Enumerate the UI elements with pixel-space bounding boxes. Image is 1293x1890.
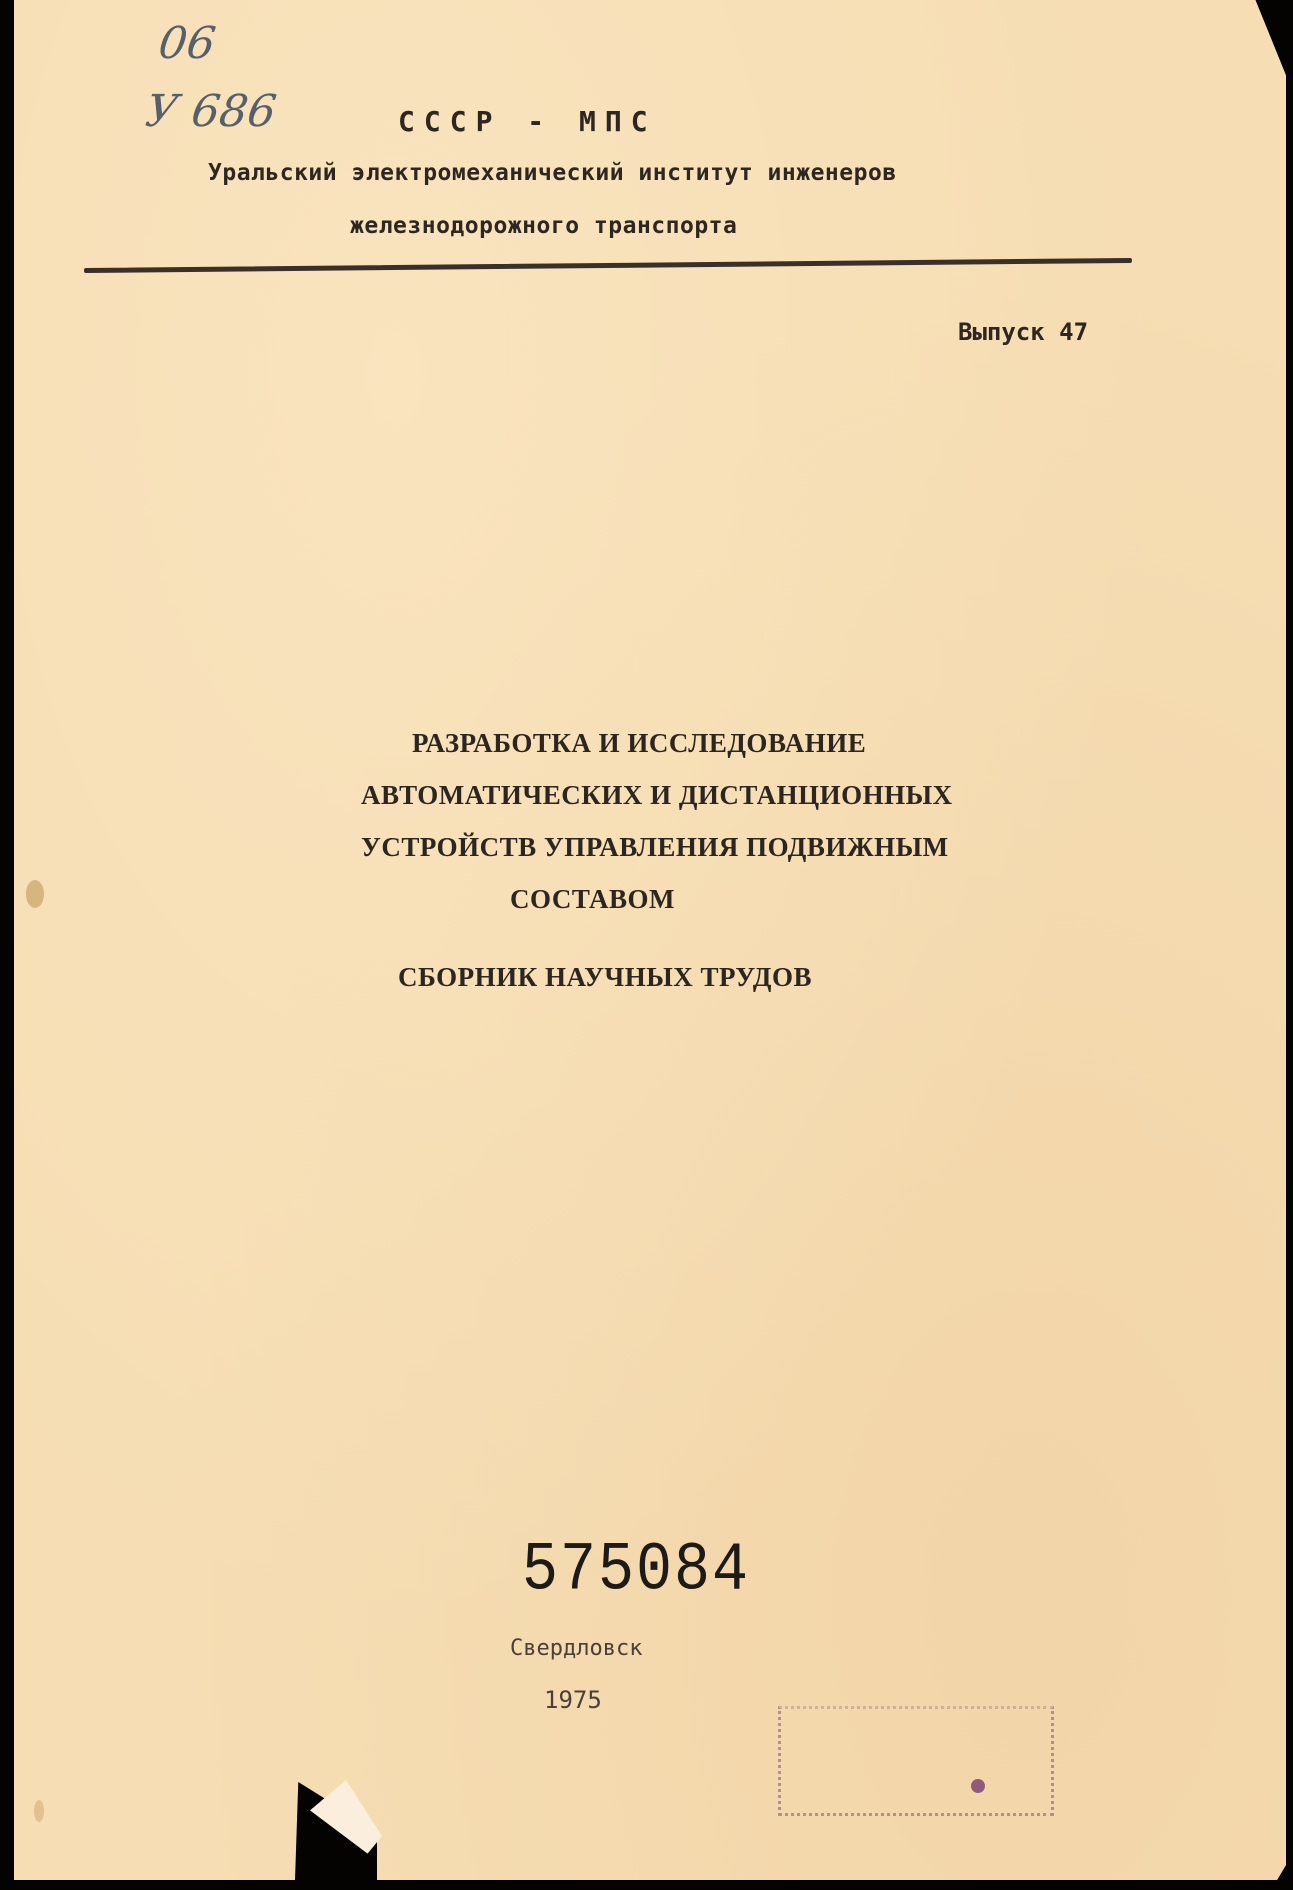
subtitle: СБОРНИК НАУЧНЫХ ТРУДОВ [398, 962, 812, 993]
title-line-3: УСТРОЙСТВ УПРАВЛЕНИЯ ПОДВИЖНЫМ [361, 832, 949, 863]
header-institute-line1: Уральский электромеханический институт и… [208, 160, 897, 186]
inventory-number: 575084 [522, 1532, 750, 1610]
imprint-city: Свердловск [510, 1636, 642, 1661]
paper-stain [26, 880, 44, 908]
title-line-4: СОСТАВОМ [510, 884, 675, 915]
paper-stain-small [34, 1800, 44, 1822]
title-line-1: РАЗРАБОТКА И ИССЛЕДОВАНИЕ [412, 728, 866, 759]
issue-number: Выпуск 47 [958, 318, 1088, 346]
title-line-2: АВТОМАТИЧЕСКИХ И ДИСТАНЦИОННЫХ [361, 780, 953, 811]
document-page: 06 У 686 СССР - МПС Уральский электромех… [14, 0, 1286, 1880]
stamp-ink-blot [971, 1779, 985, 1793]
header-institute-line2: железнодорожного транспорта [350, 213, 737, 239]
library-stamp [778, 1706, 1054, 1816]
handwritten-shelfmark-bottom: У 686 [143, 90, 279, 134]
header-organization: СССР - МПС [398, 105, 657, 138]
imprint-year: 1975 [544, 1686, 602, 1714]
header-divider [84, 258, 1132, 273]
handwritten-shelfmark-top: 06 [156, 22, 218, 66]
